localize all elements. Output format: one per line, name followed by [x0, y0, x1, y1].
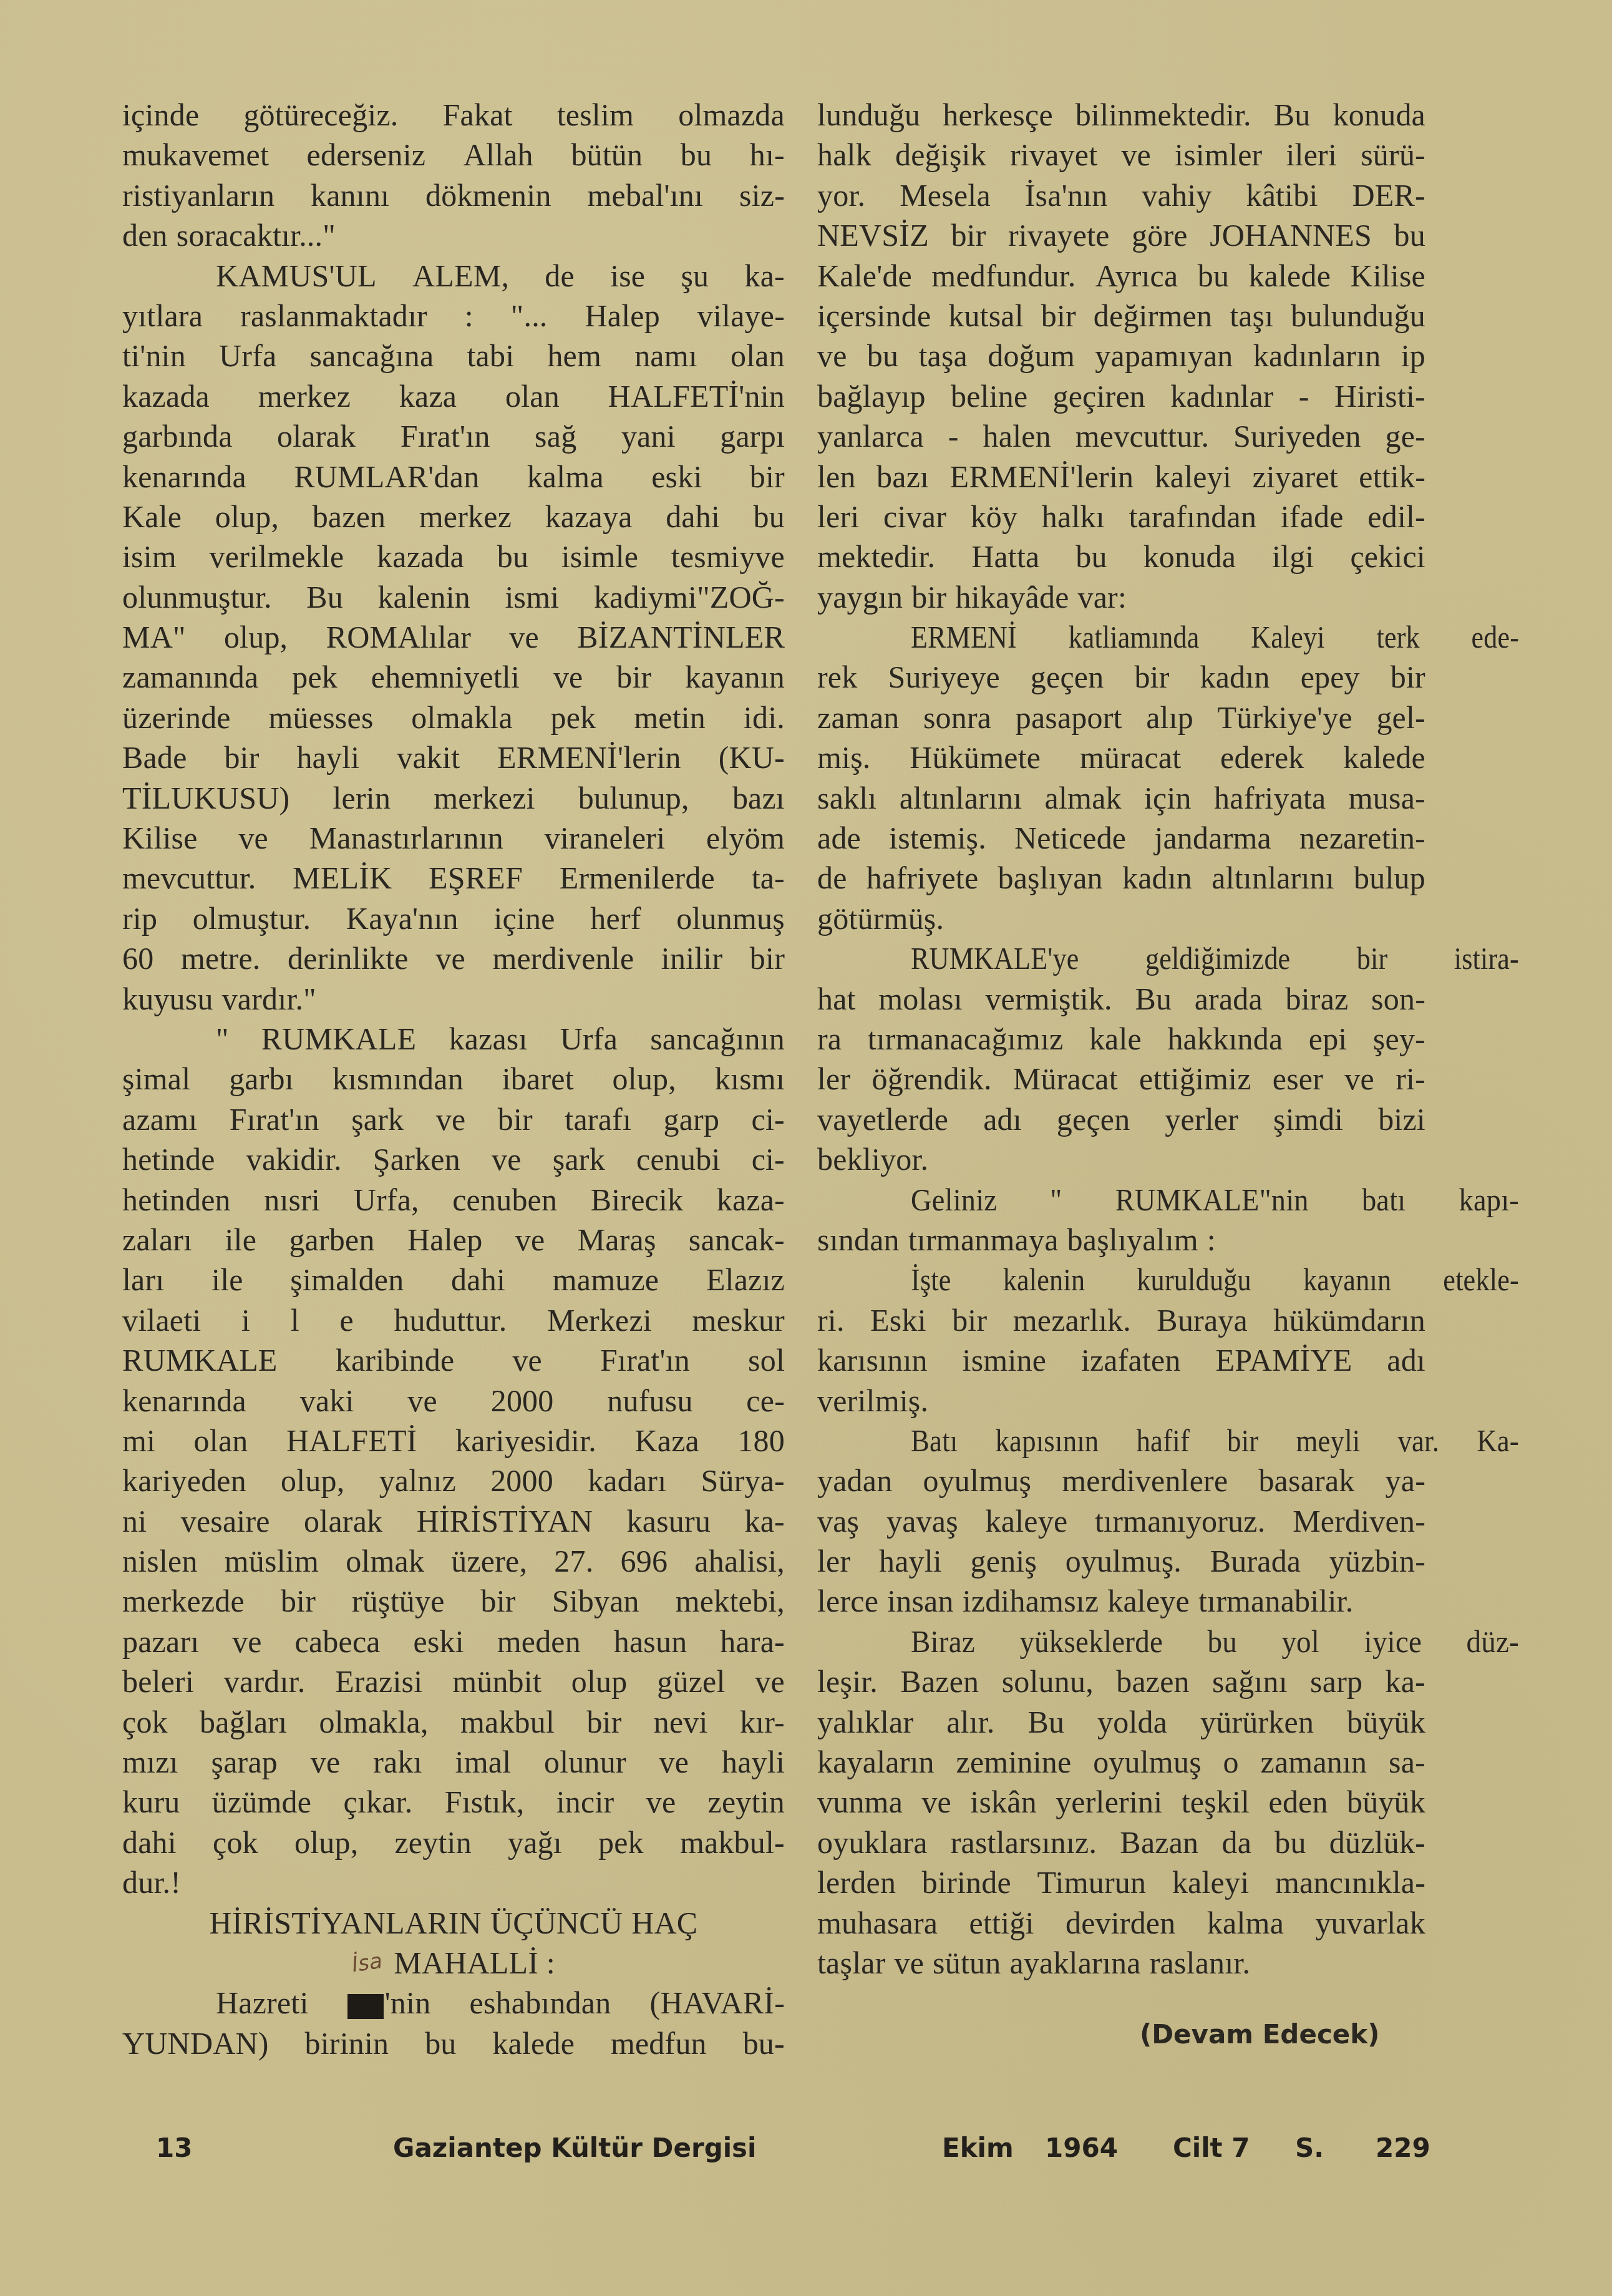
word: sancağının: [650, 1019, 785, 1059]
word: hetinde: [122, 1139, 215, 1179]
word: halkı: [1042, 497, 1105, 537]
word: bir: [1357, 938, 1388, 978]
word: ve: [232, 1622, 262, 1661]
word: ristiyanların: [122, 175, 274, 215]
word: sol: [748, 1340, 785, 1380]
word: raslanır.: [1150, 1943, 1250, 1983]
word: Birecik: [591, 1180, 684, 1220]
word: yor.: [817, 175, 865, 215]
word: rastlarsınız.: [951, 1822, 1097, 1862]
word: HİRİSTİYAN: [417, 1501, 593, 1541]
text-line: muhasaraettiğidevirdenkalmayuvarlak: [817, 1903, 1425, 1943]
word: ismi: [505, 577, 559, 617]
word: bu: [867, 336, 898, 376]
word: hı-: [750, 135, 785, 175]
word: için: [1144, 778, 1192, 818]
word: zeytin: [708, 1782, 785, 1822]
word: geniş: [971, 1541, 1037, 1581]
word: değirmen: [1094, 296, 1212, 336]
word: medfun: [611, 2023, 707, 2063]
word: beleri: [122, 1661, 194, 1701]
word: eski: [651, 457, 702, 497]
word: içine: [494, 898, 555, 938]
word: Kaleyi: [1251, 617, 1324, 657]
word: Buraya: [1157, 1300, 1248, 1340]
word: ehemniyetli: [371, 657, 520, 697]
word: vahiy: [1142, 175, 1211, 215]
word: kaleye: [986, 1501, 1068, 1541]
word: geçiren: [1053, 376, 1146, 416]
text-line: ratırmanacağımızkalehakkındaepişey-: [817, 1019, 1425, 1059]
word: devirden: [1066, 1903, 1176, 1943]
word: oyulmuş.: [1066, 1541, 1182, 1581]
word: zamanın: [1261, 1742, 1367, 1782]
word: epi: [1309, 1019, 1347, 1059]
word: kapısının: [995, 1421, 1099, 1461]
word: Ka-: [1477, 1421, 1519, 1461]
text-line: ripolmuştur.Kaya'nıniçineherfolunmuş: [122, 898, 785, 938]
word: ahalisi,: [694, 1541, 785, 1581]
word: meden: [497, 1622, 581, 1661]
word: isimler: [1175, 135, 1262, 175]
word: bu: [1198, 256, 1229, 296]
word: basarak: [1258, 1461, 1354, 1501]
word: Müracat: [1013, 1059, 1118, 1099]
text-line: taşlarvesütunayaklarınaraslanır.: [817, 1943, 1425, 1983]
word: götürmüş.: [817, 898, 944, 938]
text-line: oyuklararastlarsınız.Bazandabudüzlük-: [817, 1822, 1425, 1862]
word: çok: [213, 1822, 258, 1862]
word: tırmanmaya: [908, 1220, 1059, 1260]
word: Urfa: [219, 336, 276, 376]
word: ve: [659, 1742, 689, 1782]
word: kutsal: [948, 296, 1024, 336]
word: ip: [1401, 336, 1425, 376]
word: halen: [983, 416, 1051, 456]
text-line: yaygınbirhikayâdevar:: [817, 577, 1425, 617]
word: bulup: [1354, 858, 1425, 898]
word: ya-: [1386, 1461, 1425, 1501]
word: alır.: [946, 1702, 994, 1742]
word: adı: [1387, 1340, 1425, 1380]
word: ce-: [746, 1381, 785, 1421]
text-line: İştekaleninkurulduğukayanınetekle-: [817, 1260, 1519, 1300]
footer-issue-number: 229: [1376, 2133, 1430, 2163]
word: civar: [883, 497, 946, 537]
text-line: verilmiş.: [817, 1381, 1425, 1421]
word: hetinden: [122, 1180, 231, 1220]
word: YUNDAN): [122, 2023, 269, 2063]
word: bu: [1394, 215, 1425, 255]
word: MA": [122, 617, 186, 657]
word: Fırat'ın: [401, 416, 490, 456]
word: öğrendik.: [872, 1059, 992, 1099]
word: Bu: [1274, 95, 1311, 135]
section-heading: HİRİSTİYANLARINÜÇÜNCÜHAÇ: [122, 1903, 785, 1943]
word: olan: [731, 336, 785, 376]
word: doğum: [988, 336, 1075, 376]
word: değişik: [895, 135, 986, 175]
word: ": [1050, 1180, 1062, 1220]
text-line: merkezdebirrüştüyebirSibyanmektebi,: [122, 1581, 785, 1621]
word: elyöm: [706, 818, 785, 858]
word: 180: [737, 1421, 785, 1461]
word: verilmekle: [210, 537, 344, 576]
word: pek: [551, 698, 596, 737]
continued-note: (Devam Edecek): [1140, 2019, 1379, 2050]
word: ka-: [745, 1501, 785, 1541]
word: geldiğimizde: [1145, 938, 1290, 978]
word: ÜÇÜNCÜ: [490, 1903, 623, 1943]
word: kayanın: [1303, 1260, 1391, 1300]
word: arada: [1195, 979, 1263, 1019]
word: yağı: [508, 1822, 562, 1862]
word: kanını: [311, 175, 389, 215]
word: bilinmektedir.: [1075, 95, 1251, 135]
text-line: şimalgarbıkısmındanibaretolup,kısmı: [122, 1059, 785, 1099]
word: verilmiş.: [817, 1381, 928, 1421]
word: Kilise: [1350, 256, 1425, 296]
text-line: mukavemetedersenizAllahbütünbuhı-: [122, 135, 785, 175]
word: katliamında: [1069, 617, 1200, 657]
word: müesses: [269, 698, 374, 737]
word: jandarma: [1154, 818, 1271, 858]
word: kadın: [1200, 657, 1270, 697]
word: düz-: [1467, 1622, 1519, 1661]
word: kazada: [122, 376, 210, 416]
word: sa-: [1389, 1742, 1425, 1782]
word: garben: [289, 1220, 374, 1260]
word: hara-: [720, 1622, 785, 1661]
text-line: adeistemiş.Neticedejandarmanezaretin-: [817, 818, 1425, 858]
word: lerin: [333, 778, 391, 818]
word: kenarında: [122, 457, 246, 497]
word: EPAMİYE: [1215, 1340, 1352, 1380]
word: siz-: [739, 175, 785, 215]
text-line: dahiçokolup,zeytinyağıpekmakbul-: [122, 1822, 785, 1862]
text-line: Batıkapısınınhafifbirmeylivar.Ka-: [817, 1421, 1519, 1461]
word: birinin: [305, 2023, 389, 2063]
word: vunma: [817, 1782, 903, 1822]
word: dur.!: [122, 1862, 181, 1902]
word: bizi: [1378, 1099, 1425, 1139]
word: hem: [547, 336, 601, 376]
word: ve: [492, 1139, 522, 1179]
word: -: [948, 416, 959, 456]
word: teslim: [557, 95, 634, 135]
word: teşkil: [1182, 1782, 1250, 1822]
word: bir: [750, 938, 785, 978]
text-line: içersindekutsalbirdeğirmentaşıbulunduğu: [817, 296, 1425, 336]
word: etekle-: [1443, 1260, 1519, 1300]
word: cenubi: [636, 1139, 720, 1179]
word: imal: [455, 1742, 512, 1782]
word: azamı: [122, 1099, 197, 1139]
word: Elazız: [706, 1260, 785, 1300]
word: kapı-: [1459, 1180, 1519, 1220]
word: birinde: [922, 1862, 1011, 1902]
footer-volume: Cilt 7: [1173, 2133, 1250, 2163]
word: pasaport: [1016, 698, 1122, 737]
word: bu: [681, 135, 712, 175]
word: Urfa: [560, 1019, 618, 1059]
word: leri: [817, 497, 859, 537]
right-column: lunduğuherkesçebilinmektedir.Bukonudahal…: [817, 95, 1425, 1983]
word: Türkiye'ye: [1217, 698, 1352, 737]
word: BİZANTİNLER: [577, 617, 785, 657]
word: ade: [817, 818, 861, 858]
word: biraz: [1286, 979, 1349, 1019]
word: Bazan: [1120, 1822, 1198, 1862]
word: mamuze: [553, 1260, 659, 1300]
word: yüzbin-: [1329, 1541, 1425, 1581]
word: halk: [817, 135, 872, 175]
word: bir: [586, 1702, 621, 1742]
word: soracaktır...": [177, 215, 336, 255]
word: kır-: [740, 1702, 785, 1742]
ink-blot-redaction: [347, 1994, 384, 2019]
word: medfundur.: [931, 256, 1075, 296]
word: tırmanıyoruz.: [1095, 1501, 1265, 1541]
word: Kilise: [122, 818, 198, 858]
text-line: sındantırmanmayabaşlıyalım:: [817, 1220, 1425, 1260]
word: Batı: [911, 1421, 958, 1461]
word: şimdi: [1273, 1099, 1343, 1139]
word: Suriyeye: [888, 657, 999, 697]
word: viraneleri: [545, 818, 666, 858]
word: Biraz: [911, 1622, 975, 1661]
word: kale: [1089, 1019, 1142, 1059]
word: Timurun: [1037, 1862, 1147, 1902]
text-line: zamansonrapasaportalıpTürkiye'yegel-: [817, 698, 1425, 737]
word: idi.: [744, 698, 785, 737]
word: Urfa,: [354, 1180, 419, 1220]
word: JOHANNES: [1210, 215, 1372, 255]
word: yerlerini: [1056, 1782, 1162, 1822]
word: ve: [515, 1220, 545, 1260]
word: yürürken: [1200, 1702, 1314, 1742]
footer-magazine-title: Gaziantep Kültür Dergisi: [393, 2133, 756, 2163]
word: epey: [1301, 657, 1360, 697]
word: Bu: [1027, 1702, 1064, 1742]
word: bir: [750, 457, 785, 497]
word: vardır.": [222, 979, 316, 1019]
text-line: nislenmüslimolmaküzere,27.696ahalisi,: [122, 1541, 785, 1581]
footer-issue-label: S.: [1295, 2133, 1324, 2163]
word: rüştüye: [352, 1581, 445, 1621]
word: zeytin: [394, 1822, 471, 1862]
word: Fırat'ın: [230, 1099, 319, 1139]
text-line: isimverilmeklekazadabuisimletesmiyve: [122, 537, 785, 576]
word: olmazda: [678, 95, 785, 135]
word: hikayâde: [955, 577, 1069, 617]
word: üzümde: [212, 1782, 311, 1822]
word: solunu,: [1002, 1661, 1094, 1701]
word: bu: [1207, 1622, 1236, 1661]
word: sarp: [1310, 1661, 1362, 1701]
word: ve: [553, 657, 583, 697]
word: bu: [1075, 537, 1107, 576]
footer-year: 1964: [1045, 2133, 1118, 2163]
word: garbında: [122, 416, 233, 456]
word: yerler: [1165, 1099, 1238, 1139]
text-line: vaşyavaşkaleyetırmanıyoruz.Merdiven-: [817, 1501, 1425, 1541]
word: bir: [951, 215, 986, 255]
handwritten-annotation: İsa: [349, 1941, 386, 1985]
word: ve: [509, 617, 539, 657]
word: merdivenle: [492, 938, 634, 978]
word: :: [1207, 1220, 1216, 1260]
word: bir: [1134, 657, 1169, 697]
word: bir: [224, 737, 259, 777]
word: e: [339, 1300, 353, 1340]
word: var:: [1078, 577, 1127, 617]
word: olmuştur.: [193, 898, 311, 938]
word: ci-: [752, 1099, 785, 1139]
word: dahi: [666, 497, 720, 537]
word: mezarlık.: [1013, 1300, 1131, 1340]
word: RUMKALE'ye: [911, 938, 1079, 978]
text-line: hetindennısriUrfa,cenubenBirecikkaza-: [122, 1180, 785, 1220]
word: ve: [238, 818, 268, 858]
text-line: mevcuttur.MELİKEŞREFErmenilerdeta-: [122, 858, 785, 898]
word: hafriyata: [1214, 778, 1326, 818]
text-line: saklıaltınlarınıalmakiçinhafriyatamusa-: [817, 778, 1425, 818]
word: Hatta: [971, 537, 1039, 576]
word: ayaklarına: [1009, 1943, 1140, 1983]
word: kâtibi: [1246, 175, 1318, 215]
text-line: lunduğuherkesçebilinmektedir.Bukonuda: [817, 95, 1425, 135]
word: huduttur.: [394, 1300, 507, 1340]
word: ları: [122, 1260, 164, 1300]
word: lerce: [817, 1581, 878, 1621]
word: ve: [921, 1782, 951, 1822]
word: dökmenin: [425, 175, 551, 215]
word: rivayete: [1008, 215, 1110, 255]
word: zamanında: [122, 657, 258, 697]
word: dahi: [451, 1260, 505, 1300]
word: üzerinde: [122, 698, 231, 737]
word: pek: [292, 657, 337, 697]
word: cenuben: [452, 1180, 557, 1220]
word: ettiğimiz: [1139, 1059, 1251, 1099]
word: derinlikte: [288, 938, 409, 978]
word: l: [291, 1300, 299, 1340]
text-line: karısınınismineizafatenEPAMİYEadı: [817, 1340, 1425, 1380]
word: pazarı: [122, 1622, 199, 1661]
word: "...: [511, 296, 548, 336]
word: bir: [481, 1581, 516, 1621]
text-line: dur.!: [122, 1862, 785, 1902]
word: yıtlara: [122, 296, 203, 336]
word: bir: [952, 1300, 987, 1340]
word: nislen: [122, 1541, 198, 1581]
word: oyulmuş: [1093, 1742, 1202, 1782]
word: içersinde: [817, 296, 931, 336]
word: 'nin: [347, 1983, 431, 2023]
word: vaş: [817, 1501, 859, 1541]
word: Sibyan: [552, 1581, 639, 1621]
word: Burada: [1210, 1541, 1301, 1581]
word: garpı: [720, 416, 785, 456]
word: Merdiven-: [1293, 1501, 1425, 1541]
footer-month: Ekim: [942, 2133, 1014, 2163]
text-line: vayetlerdeadıgeçenyerlerşimdibizi: [817, 1099, 1425, 1139]
word: 696: [621, 1541, 668, 1581]
word: kalede: [1343, 737, 1425, 777]
word: ilgi: [1272, 537, 1314, 576]
word: müracat: [1080, 737, 1181, 777]
word: alıp: [1146, 698, 1193, 737]
word: güzel: [657, 1661, 725, 1701]
text-line: densoracaktır...": [122, 215, 785, 255]
word: isimle: [561, 537, 638, 576]
text-line: Birazyükseklerdebuyoliyicedüz-: [817, 1622, 1519, 1661]
word: bir: [1041, 296, 1076, 336]
word: merkezi: [434, 778, 535, 818]
word: rip: [122, 898, 157, 938]
word: Hazreti: [216, 1983, 309, 2023]
word: vakit: [397, 737, 460, 777]
word: vesaire: [181, 1501, 270, 1541]
text-line: götürmüş.: [817, 898, 1425, 938]
text-line: azamıFırat'ınşarkvebirtarafıgarpci-: [122, 1099, 785, 1139]
word: yalnız: [379, 1461, 456, 1501]
text-line: RUMKALEkaribindeveFırat'ınsol: [122, 1340, 785, 1380]
word: yaygın: [817, 577, 903, 617]
word: TİLUKUSU): [122, 778, 289, 818]
word: istemiş.: [889, 818, 986, 858]
word: ka-: [1386, 1661, 1425, 1701]
word: i: [241, 1300, 250, 1340]
word: kadiymi"ZOĞ-: [594, 577, 785, 617]
word: kazaya: [545, 497, 633, 537]
magazine-page: içindegötüreceğiz.Fakatteslimolmazdamuka…: [0, 0, 1612, 2296]
word: sütun: [933, 1943, 1001, 1983]
word: adı: [983, 1099, 1022, 1139]
word: ve: [646, 1782, 676, 1822]
word: yapamıyan: [1095, 336, 1233, 376]
word: -: [1299, 376, 1309, 416]
word: olarak: [304, 1501, 382, 1541]
word: olan: [194, 1421, 248, 1461]
word: (KU-: [719, 737, 785, 777]
word: kısmı: [715, 1059, 785, 1099]
word: RUMKALE: [261, 1019, 417, 1059]
word: kaleyi: [1155, 457, 1231, 497]
text-line: kariyedenolup,yalnız2000kadarıSürya-: [122, 1461, 785, 1501]
word: yükseklerde: [1019, 1622, 1163, 1661]
word: Eski: [870, 1300, 926, 1340]
word: eshabından: [469, 1983, 611, 2023]
text-line: vunmaveiskânyerleriniteşkiledenbüyük: [817, 1782, 1425, 1822]
left-column: içindegötüreceğiz.Fakatteslimolmazdamuka…: [122, 95, 785, 2063]
word: taşlar: [817, 1943, 885, 1983]
text-line: vebutaşadoğumyapamıyankadınlarınip: [817, 336, 1425, 376]
word: kalede: [492, 2023, 575, 2063]
text-line: MA"olup,ROMAlılarveBİZANTİNLER: [122, 617, 785, 657]
word: ve: [894, 1943, 924, 1983]
word: merkez: [419, 497, 512, 537]
word: ler: [817, 1059, 850, 1099]
word: kariyesidir.: [455, 1421, 596, 1461]
text-line: halkdeğişikrivayetveisimlerilerisürü-: [817, 135, 1425, 175]
text-line: lericivarköyhalkıtarafındanifadeedil-: [817, 497, 1425, 537]
word: ": [216, 1019, 229, 1059]
word: şarap: [211, 1742, 278, 1782]
word: çıkar.: [344, 1782, 413, 1822]
word: oyuklara: [817, 1822, 928, 1862]
